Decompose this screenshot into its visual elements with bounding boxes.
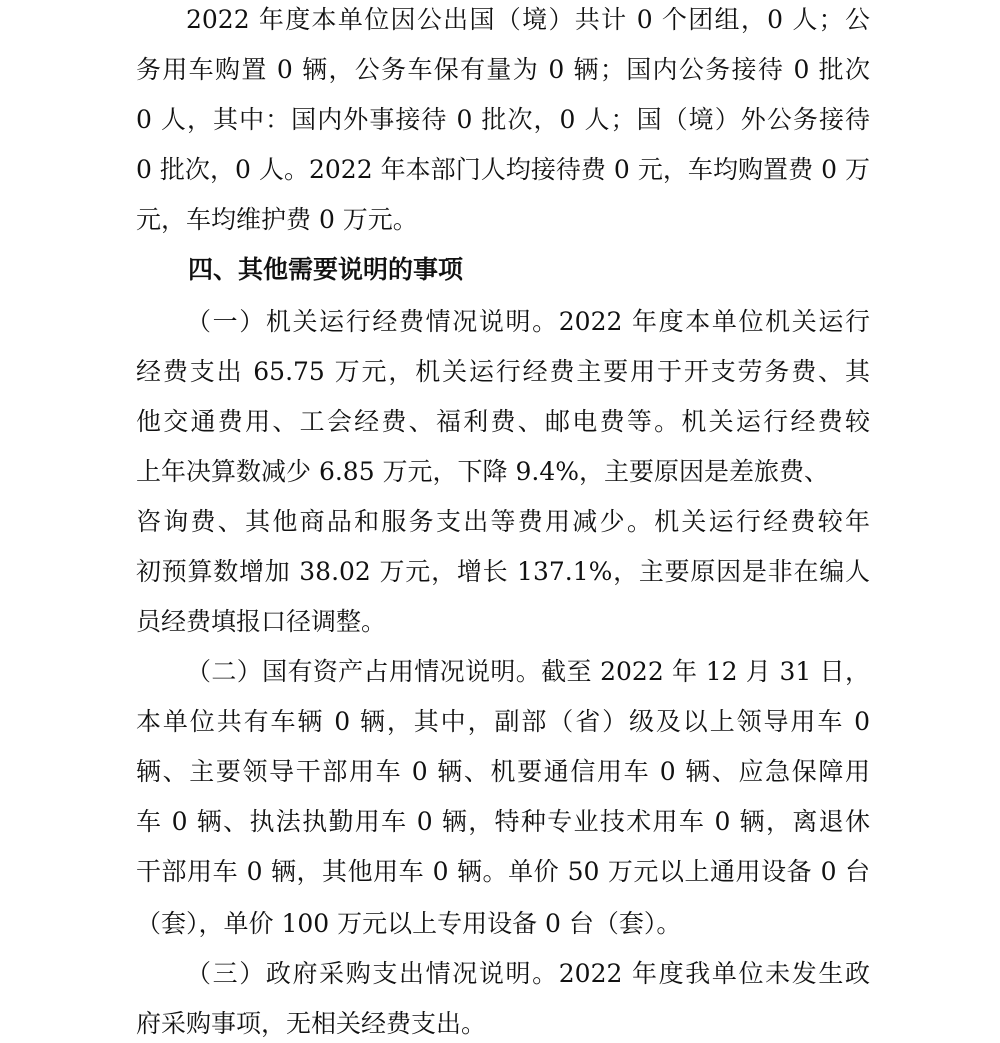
section-heading: 四、其他需要说明的事项 xyxy=(188,250,588,290)
text-line: 2022 年度本单位因公出国（境）共计 0 个团组，0 人；公 xyxy=(186,0,870,40)
text-line: 0 批次，0 人。2022 年本部门人均接待费 0 元，车均购置费 0 万 xyxy=(136,150,870,190)
text-line: （一）机关运行经费情况说明。2022 年度本单位机关运行 xyxy=(186,302,870,342)
text-line: 员经费填报口径调整。 xyxy=(136,602,870,642)
text-line: 初预算数增加 38.02 万元，增长 137.1%，主要原因是非在编人 xyxy=(136,552,870,592)
text-line: 车 0 辆、执法执勤用车 0 辆，特种专业技术用车 0 辆，离退休 xyxy=(136,802,870,842)
text-line: 咨询费、其他商品和服务支出等费用减少。机关运行经费较年 xyxy=(136,502,870,542)
text-line: 务用车购置 0 辆，公务车保有量为 0 辆；国内公务接待 0 批次 xyxy=(136,50,870,90)
text-line: （套），单价 100 万元以上专用设备 0 台（套）。 xyxy=(136,904,870,944)
text-line: （三）政府采购支出情况说明。2022 年度我单位未发生政 xyxy=(186,954,870,994)
text-line: 府采购事项，无相关经费支出。 xyxy=(136,1004,870,1043)
text-line: 他交通费用、工会经费、福利费、邮电费等。机关运行经费较 xyxy=(136,402,870,442)
text-line: 元，车均维护费 0 万元。 xyxy=(136,200,870,240)
text-line: 0 人，其中：国内外事接待 0 批次，0 人；国（境）外公务接待 xyxy=(136,100,870,140)
document-page: 2022 年度本单位因公出国（境）共计 0 个团组，0 人；公 务用车购置 0 … xyxy=(0,0,1000,1043)
text-line: （二）国有资产占用情况说明。截至 2022 年 12 月 31 日， xyxy=(186,652,870,692)
text-line: 上年决算数减少 6.85 万元，下降 9.4%，主要原因是差旅费、 xyxy=(136,452,870,492)
text-line: 辆、主要领导干部用车 0 辆、机要通信用车 0 辆、应急保障用 xyxy=(136,752,870,792)
text-line: 本单位共有车辆 0 辆，其中，副部（省）级及以上领导用车 0 xyxy=(136,702,870,742)
text-line: 经费支出 65.75 万元，机关运行经费主要用于开支劳务费、其 xyxy=(136,352,870,392)
text-line: 干部用车 0 辆，其他用车 0 辆。单价 50 万元以上通用设备 0 台 xyxy=(136,852,870,892)
